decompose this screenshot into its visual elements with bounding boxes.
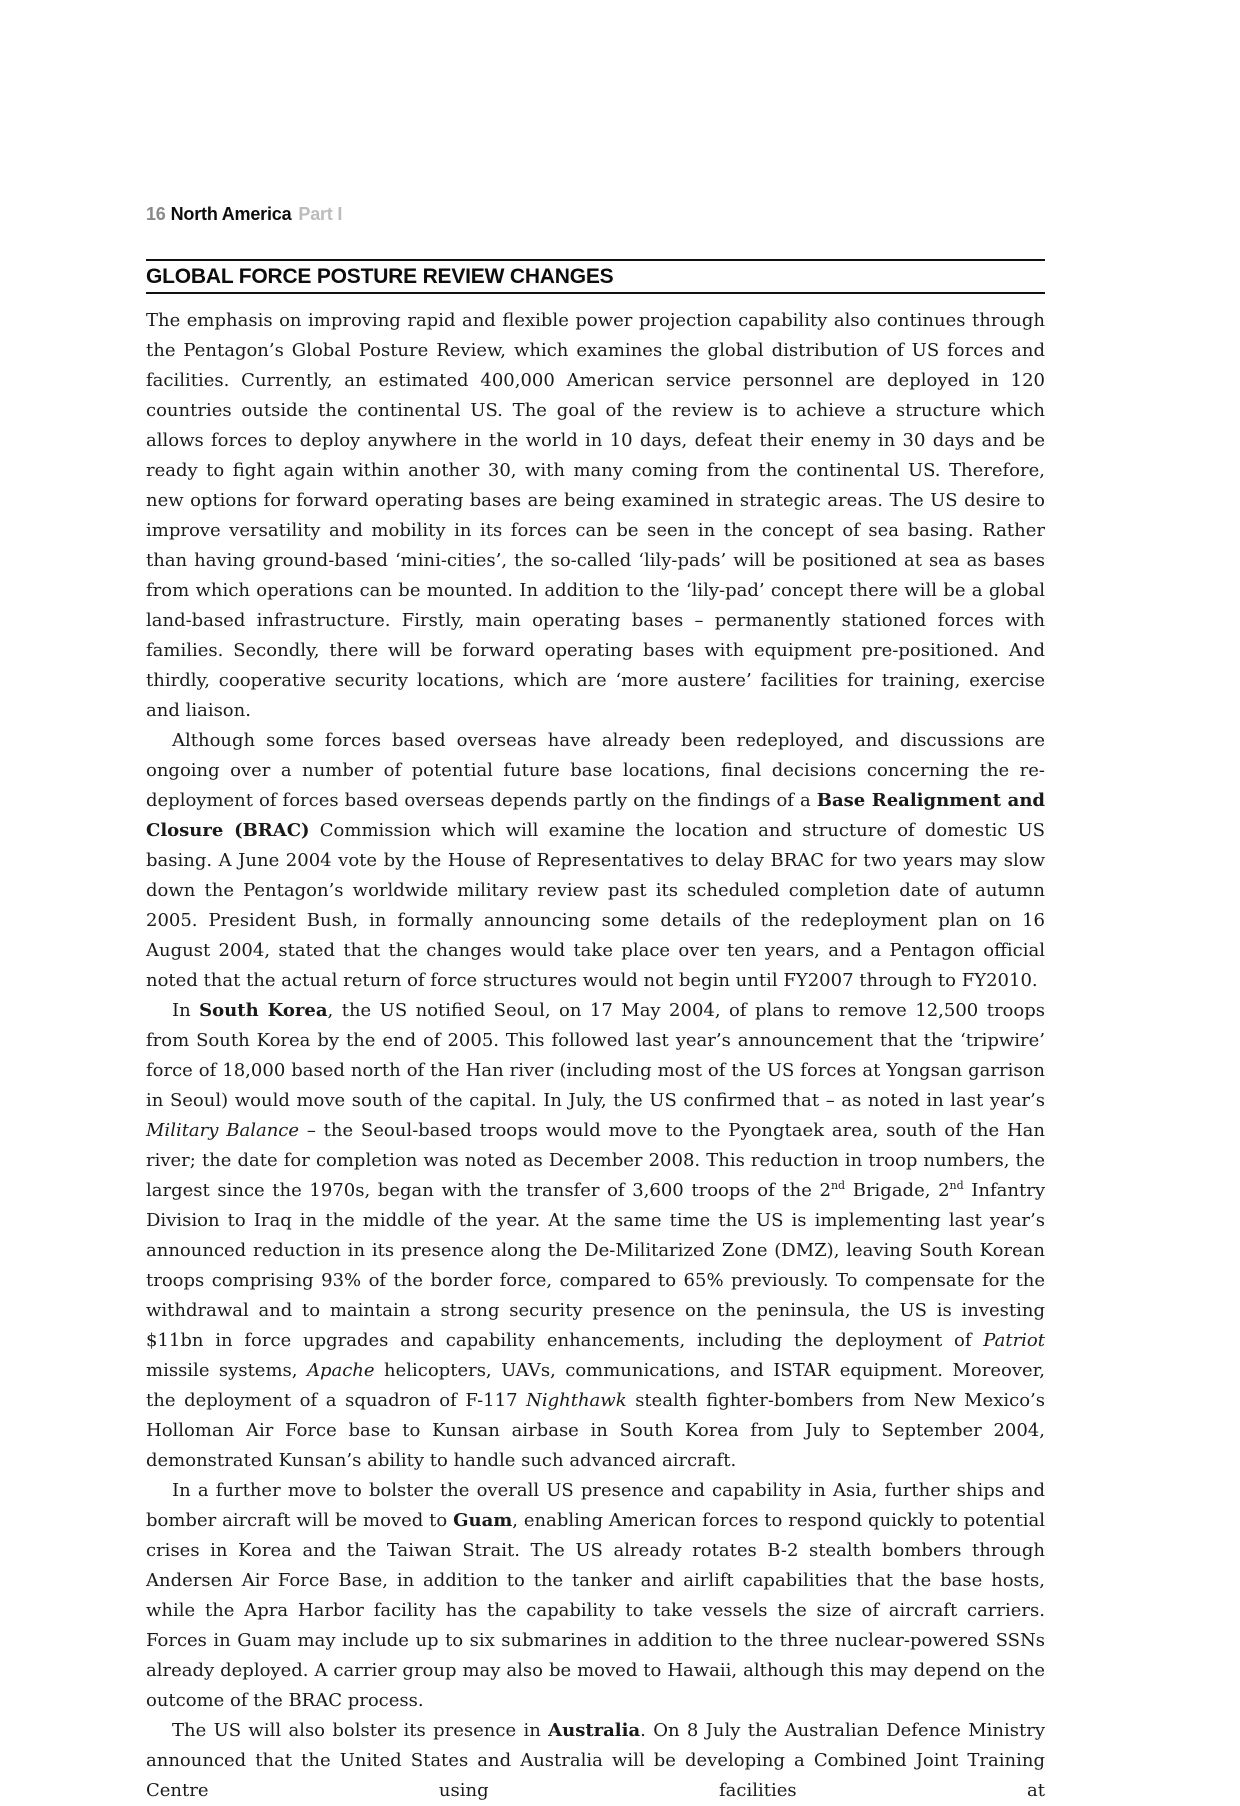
text-run: Nighthawk <box>526 1390 627 1411</box>
heading-rule-bottom <box>146 292 1045 294</box>
text-run: , enabling American forces to respond qu… <box>146 1510 1045 1711</box>
text-run: Commission which will examine the locati… <box>146 820 1045 991</box>
paragraph: The US will also bolster its presence in… <box>146 1716 1045 1806</box>
section-heading: GLOBAL FORCE POSTURE REVIEW CHANGES <box>146 261 1045 292</box>
text-run: nd <box>831 1179 845 1192</box>
part-label: Part I <box>298 204 342 224</box>
paragraph: In South Korea, the US notified Seoul, o… <box>146 996 1045 1476</box>
page-content: 16North AmericaPart I GLOBAL FORCE POSTU… <box>146 203 1045 1806</box>
text-run: Patriot <box>983 1330 1045 1351</box>
text-run: Brigade, 2 <box>845 1180 949 1201</box>
article-body: The emphasis on improving rapid and flex… <box>146 306 1045 1806</box>
book-page: { "page": { "header": { "page_number": "… <box>0 0 1240 1754</box>
text-run: The emphasis on improving rapid and flex… <box>146 310 1045 721</box>
text-run: The US will also bolster its presence in <box>172 1720 548 1741</box>
text-run: Guam <box>453 1510 512 1531</box>
paragraph: Although some forces based overseas have… <box>146 726 1045 996</box>
text-run: In <box>172 1000 199 1021</box>
text-run: nd <box>950 1179 964 1192</box>
section-title: North America <box>171 204 292 224</box>
text-run: Infantry Division to Iraq in the middle … <box>146 1180 1045 1351</box>
paragraph: The emphasis on improving rapid and flex… <box>146 306 1045 726</box>
text-run: missile systems, <box>146 1360 307 1381</box>
text-run: Australia <box>548 1720 640 1741</box>
paragraph: In a further move to bolster the overall… <box>146 1476 1045 1716</box>
page-number: 16 <box>146 204 166 224</box>
running-header: 16North AmericaPart I <box>146 203 1045 225</box>
text-run: South Korea <box>199 1000 327 1021</box>
text-run: Military Balance <box>146 1120 299 1141</box>
text-run: Apache <box>307 1360 375 1381</box>
